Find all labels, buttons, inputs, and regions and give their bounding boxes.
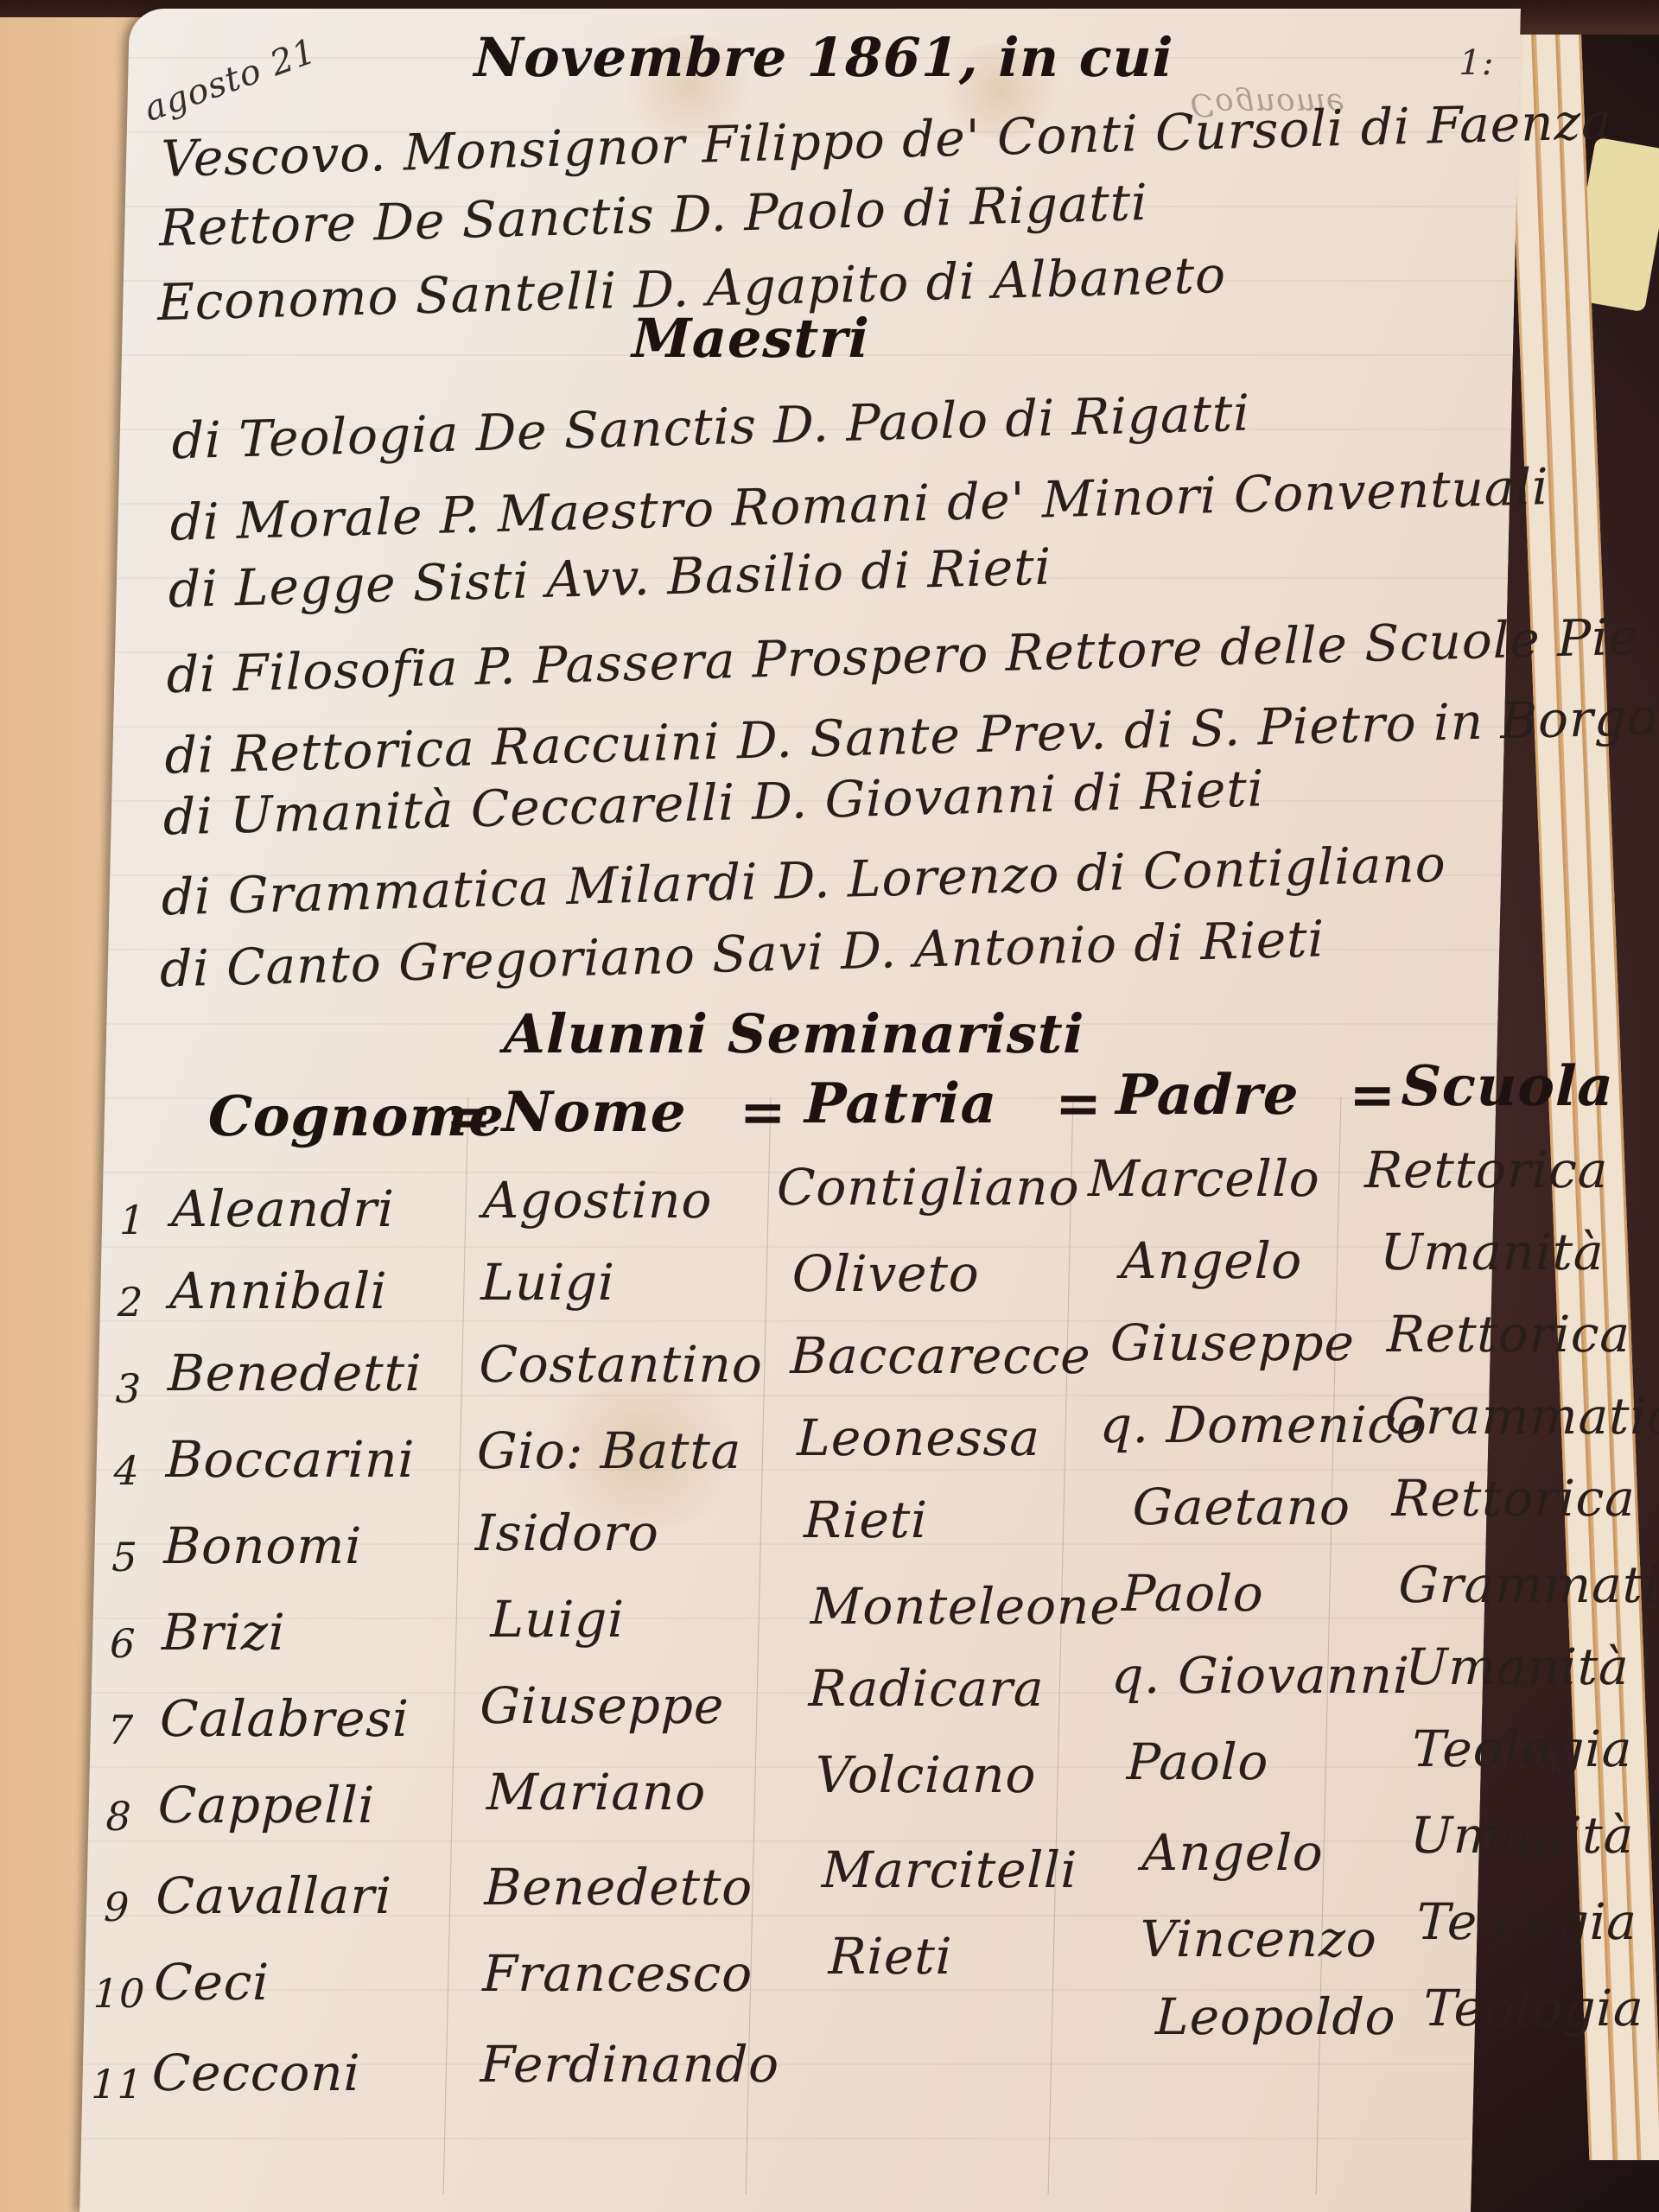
maestro-morale: di Morale P. Maestro Romani de' Minori C… [170, 457, 1549, 552]
official-rector: Rettore De Sanctis D. Paolo di Rigatti [159, 173, 1147, 257]
cell-padre: Vincenzo [1140, 1910, 1378, 1968]
cell-padre: Giuseppe [1109, 1313, 1355, 1372]
cell-cognome: Annibali [169, 1262, 388, 1320]
cell-patria: Marcitelli [821, 1840, 1078, 1899]
cell-cognome: Ceci [153, 1953, 270, 2012]
column-rule [1048, 1097, 1074, 2195]
maestro-legge: di Legge Sisti Avv. Basilio di Rieti [168, 537, 1052, 620]
cell-scuola: Rettorica [1386, 1305, 1630, 1363]
cell-nome: Mariano [486, 1763, 707, 1821]
col-nome: Nome [501, 1080, 687, 1145]
cell-scuola: Teologia [1423, 1979, 1645, 2037]
col-sep: = [1349, 1063, 1397, 1128]
row-number: 6 [109, 1620, 137, 1667]
cell-scuola: Teologia [1416, 1892, 1638, 1951]
column-rule [443, 1097, 469, 2195]
cell-nome: Benedetto [484, 1858, 753, 1916]
cell-scuola: Rettorica [1391, 1469, 1636, 1528]
col-padre: Padre [1116, 1063, 1300, 1128]
row-number: 3 [115, 1365, 143, 1412]
maestro-canto: di Canto Gregoriano Savi D. Antonio di R… [160, 909, 1325, 998]
cell-cognome: Calabresi [159, 1689, 410, 1748]
cell-padre: Paolo [1126, 1732, 1269, 1791]
column-rule [746, 1097, 772, 2195]
page-number: 1: [1459, 43, 1495, 83]
row-number: 1 [119, 1197, 147, 1243]
cell-scuola: Rettorica [1364, 1141, 1609, 1199]
row-number: 4 [113, 1447, 141, 1494]
cell-nome: Ferdinando [480, 2035, 780, 2094]
cell-padre: q. Giovanni [1110, 1646, 1410, 1705]
cell-nome: Isidoro [474, 1503, 659, 1562]
cell-cognome: Cavallari [156, 1866, 393, 1925]
cell-padre: Leopoldo [1154, 1987, 1396, 2046]
cell-patria: Radicara [808, 1659, 1045, 1718]
row-number: 10 [92, 1970, 146, 2017]
cell-scuola: Teologia [1412, 1719, 1634, 1778]
cell-padre: Paolo [1122, 1564, 1265, 1623]
row-number: 11 [91, 2061, 144, 2107]
cell-patria: Oliveto [791, 1244, 981, 1303]
date-line: Novembre 1861, in cui [474, 26, 1174, 89]
cell-nome: Giuseppe [480, 1676, 725, 1735]
col-patria: Patria [804, 1071, 998, 1136]
cell-cognome: Brizi [162, 1603, 287, 1662]
cell-nome: Francesco [482, 1944, 753, 2003]
cell-scuola: Umanità [1380, 1223, 1605, 1281]
cell-cognome: Bonomi [163, 1516, 363, 1575]
maestro-filosofia: di Filosofia P. Passera Prospero Rettore… [167, 607, 1639, 705]
cell-scuola: Grammatica [1384, 1387, 1659, 1446]
cell-nome: Agostino [482, 1171, 713, 1230]
cell-scuola: Umanità [1409, 1806, 1635, 1865]
cell-cognome: Cecconi [151, 2044, 361, 2102]
row-number: 8 [105, 1793, 133, 1840]
col-sep: = [739, 1080, 787, 1145]
register-page: agosto 21 Novembre 1861, in cui Cognome … [79, 9, 1521, 2212]
row-number: 2 [117, 1279, 144, 1325]
cell-patria: Monteleone [810, 1577, 1121, 1636]
cell-patria: Volciano [815, 1745, 1037, 1804]
cell-cognome: Aleandri [171, 1179, 396, 1238]
maestri-heading: Maestri [632, 307, 871, 370]
cell-cognome: Cappelli [157, 1776, 376, 1834]
cell-scuola: Umanità [1405, 1637, 1630, 1696]
row-number: 5 [111, 1534, 139, 1580]
cell-nome: Gio: Batta [476, 1421, 742, 1480]
cell-nome: Costantino [479, 1335, 764, 1394]
alunni-heading: Alunni Seminaristi [503, 1002, 1085, 1065]
col-sep: = [445, 1084, 493, 1149]
cell-padre: Marcello [1088, 1149, 1321, 1208]
cell-patria: Rieti [804, 1491, 929, 1549]
margin-note: agosto 21 [139, 31, 321, 130]
cell-cognome: Boccarini [165, 1430, 416, 1489]
cell-cognome: Benedetti [167, 1344, 423, 1402]
col-sep: = [1054, 1071, 1103, 1136]
cell-scuola: Grammatica [1398, 1555, 1659, 1614]
cell-patria: Rieti [828, 1927, 953, 1986]
maestro-teologia: di Teologia De Sanctis D. Paolo di Rigat… [172, 384, 1250, 471]
official-bishop: Vescovo. Monsignor Filippo de' Conti Cur… [161, 92, 1612, 188]
cell-patria: Leonessa [797, 1408, 1041, 1467]
cell-padre: q. Domenico [1099, 1395, 1428, 1454]
row-number: 9 [104, 1884, 131, 1930]
cell-patria: Contigliano [776, 1158, 1080, 1217]
cell-nome: Luigi [480, 1253, 616, 1312]
cell-padre: Angelo [1120, 1231, 1303, 1290]
cell-nome: Luigi [490, 1590, 626, 1649]
cell-patria: Baccarecce [790, 1326, 1092, 1385]
cell-padre: Angelo [1141, 1823, 1325, 1882]
col-scuola: Scuola [1401, 1054, 1615, 1119]
cell-padre: Gaetano [1132, 1478, 1351, 1536]
row-number: 7 [107, 1707, 135, 1753]
